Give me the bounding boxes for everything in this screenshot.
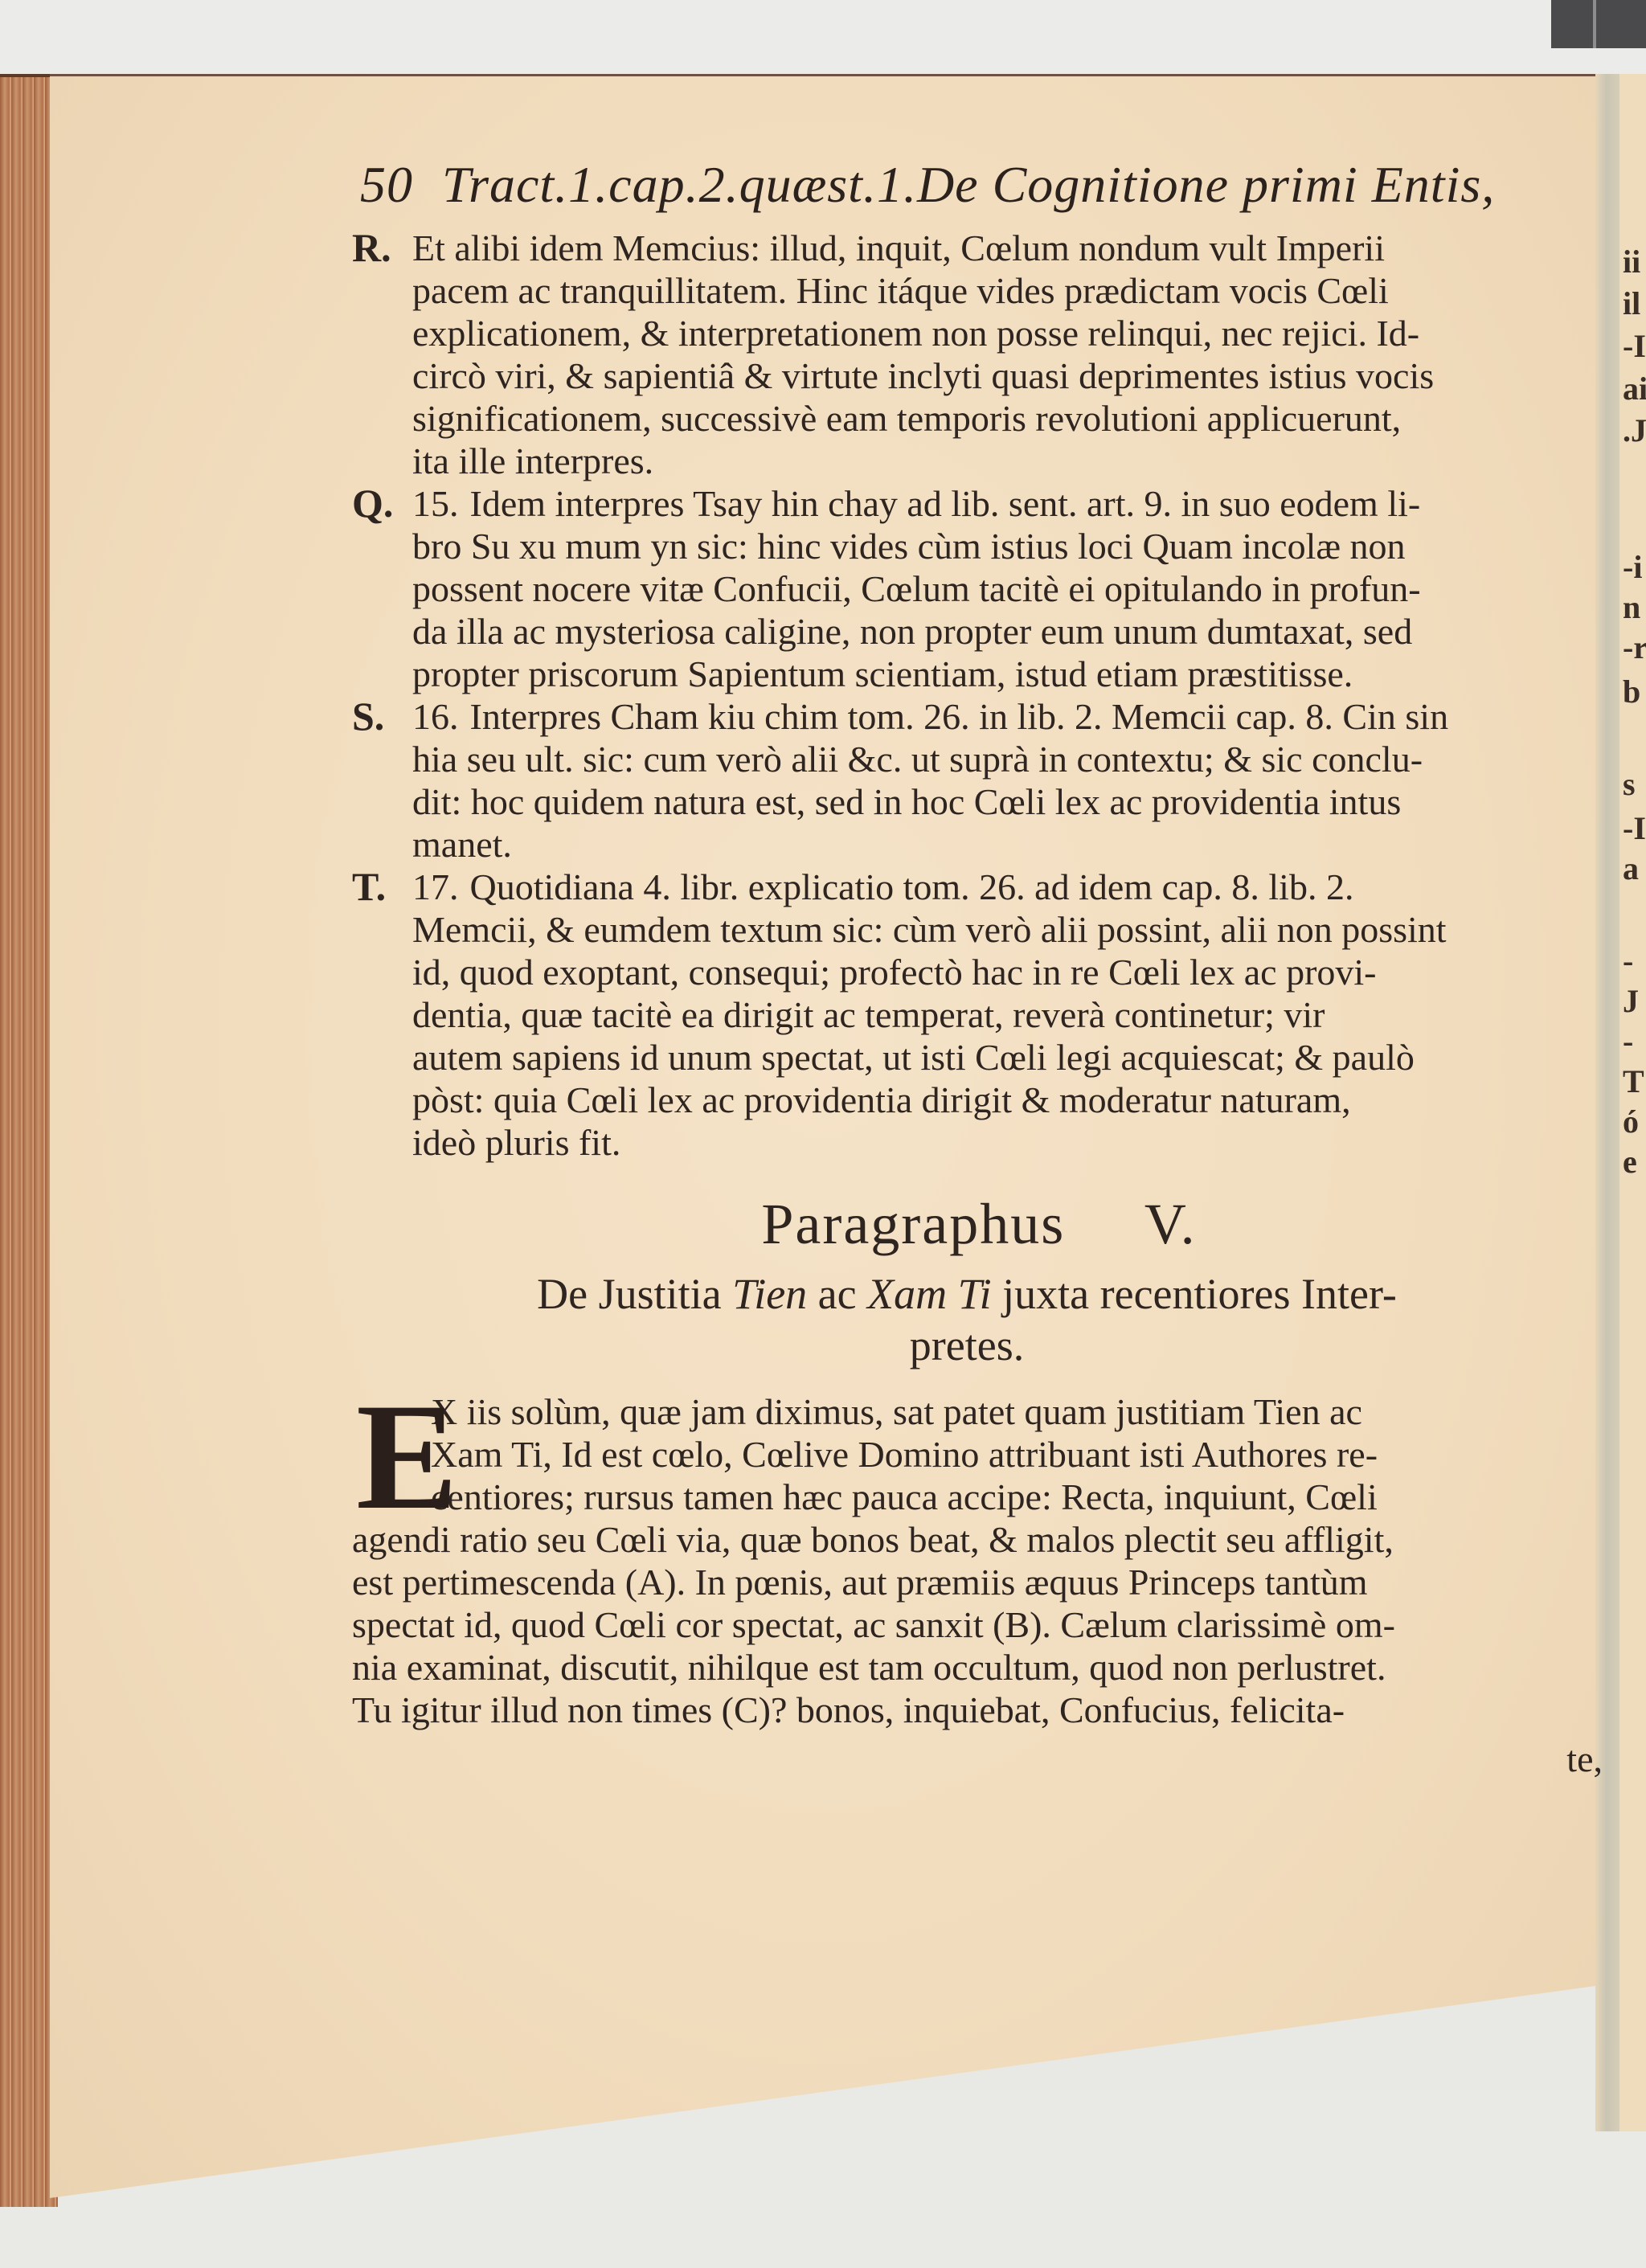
facing-fragment: -I bbox=[1623, 327, 1646, 365]
running-head: 50Tract.1.cap.2.quæst.1.De Cognitione pr… bbox=[360, 153, 1606, 217]
note-marker: T. bbox=[352, 866, 386, 908]
note-line: manet. bbox=[412, 823, 1602, 866]
note-line: pacem ac tranquillitatem. Hinc itáque vi… bbox=[412, 269, 1602, 312]
note-line: ideò pluris fit. bbox=[412, 1121, 1602, 1164]
section-heading: Paragraphus V. bbox=[352, 1188, 1606, 1260]
note-line: 15.Idem interpres Tsay hin chay ad lib. … bbox=[412, 482, 1602, 525]
note-line: ita ille interpres. bbox=[412, 440, 1602, 482]
subheading-line: pretes. bbox=[352, 1320, 1582, 1371]
facing-fragment: -i bbox=[1623, 548, 1642, 586]
note-text: Interpres Cham kiu chim tom. 26. in lib.… bbox=[470, 696, 1449, 737]
subheading-term-xam-ti: Xam Ti bbox=[867, 1270, 992, 1318]
facing-fragment: -I bbox=[1623, 809, 1646, 847]
body-line: X iis solùm, quæ jam diximus, sat patet … bbox=[352, 1390, 1603, 1433]
note-line: propter priscorum Sapientum scientiam, i… bbox=[412, 653, 1602, 695]
body-line: nia examinat, discutit, nihilque est tam… bbox=[352, 1646, 1603, 1689]
note-line: id, quod exoptant, consequi; profectò ha… bbox=[412, 951, 1602, 993]
facing-fragment: ó bbox=[1623, 1103, 1639, 1140]
facing-fragment: e bbox=[1623, 1143, 1637, 1181]
facing-fragment: n bbox=[1623, 588, 1640, 626]
note-line: explicationem, & interpretationem non po… bbox=[412, 312, 1602, 354]
note-line: Et alibi idem Memcius: illud, inquit, Cœ… bbox=[412, 227, 1602, 269]
footnote-q-15: Q. 15.Idem interpres Tsay hin chay ad li… bbox=[352, 482, 1602, 695]
note-marker: R. bbox=[352, 227, 391, 269]
note-line: da illa ac mysteriosa caligine, non prop… bbox=[412, 610, 1602, 653]
note-number: 16. bbox=[412, 696, 459, 737]
scan-clip-bar bbox=[1551, 0, 1646, 48]
subheading-term-tien: Tien bbox=[732, 1270, 807, 1318]
subheading-text: De Justitia bbox=[537, 1270, 732, 1318]
footnote-s-16: S. 16.Interpres Cham kiu chim tom. 26. i… bbox=[352, 695, 1602, 866]
body-line: Xam Ti, Id est cœlo, Cœlive Domino attri… bbox=[352, 1433, 1603, 1476]
note-line: significationem, successivè eam temporis… bbox=[412, 397, 1602, 440]
note-marker: Q. bbox=[352, 482, 393, 525]
body-paragraph: E X iis solùm, quæ jam diximus, sat pate… bbox=[352, 1390, 1603, 1780]
note-text: Idem interpres Tsay hin chay ad lib. sen… bbox=[470, 483, 1421, 524]
scan-background-top bbox=[0, 0, 1646, 74]
note-marker: S. bbox=[352, 695, 384, 738]
facing-fragment: a bbox=[1623, 849, 1639, 887]
note-line: dentia, quæ tacitè ea dirigit ac tempera… bbox=[412, 993, 1602, 1036]
note-line: hia seu ult. sic: cum verò alii &c. ut s… bbox=[412, 738, 1602, 780]
facing-fragment: - bbox=[1623, 1022, 1633, 1060]
facing-fragment: ai bbox=[1623, 370, 1646, 407]
facing-fragment: il bbox=[1623, 285, 1640, 322]
body-line: Tu igitur illud non times (C)? bonos, in… bbox=[352, 1689, 1603, 1731]
body-line: spectat id, quod Cœli cor spectat, ac sa… bbox=[352, 1603, 1603, 1646]
note-line: Memcii, & eumdem textum sic: cùm verò al… bbox=[412, 908, 1602, 951]
facing-fragment: b bbox=[1623, 673, 1640, 710]
page-number: 50 bbox=[360, 156, 413, 213]
facing-fragment: .J bbox=[1623, 411, 1646, 449]
note-line: autem sapiens id unum spectat, ut isti C… bbox=[412, 1036, 1602, 1079]
note-text: Quotidiana 4. libr. explicatio tom. 26. … bbox=[470, 866, 1354, 907]
section-subheading: De Justitia Tien ac Xam Ti juxta recenti… bbox=[352, 1268, 1582, 1371]
footnote-r: R. Et alibi idem Memcius: illud, inquit,… bbox=[352, 227, 1602, 482]
body-line: agendi ratio seu Cœli via, quæ bonos bea… bbox=[352, 1518, 1603, 1561]
facing-page-fragment: ii il -I ai .J -i n -r b s -I a - J - T … bbox=[1619, 74, 1646, 2131]
facing-fragment: s bbox=[1623, 765, 1636, 803]
note-line: pòst: quia Cœli lex ac providentia dirig… bbox=[412, 1079, 1602, 1121]
note-line: possent nocere vitæ Confucii, Cœlum taci… bbox=[412, 567, 1602, 610]
facing-fragment: J bbox=[1623, 982, 1639, 1020]
page-text: 50Tract.1.cap.2.quæst.1.De Cognitione pr… bbox=[352, 153, 1606, 1780]
subheading-text: juxta recentiores Inter- bbox=[992, 1270, 1397, 1318]
running-head-title: Tract.1.cap.2.quæst.1.De Cognitione prim… bbox=[442, 156, 1495, 213]
note-line: 17.Quotidiana 4. libr. explicatio tom. 2… bbox=[412, 866, 1602, 908]
body-line: centiores; rursus tamen hæc pauca accipe… bbox=[352, 1476, 1603, 1518]
subheading-line: De Justitia Tien ac Xam Ti juxta recenti… bbox=[352, 1268, 1582, 1320]
body-line: est pertimescenda (A). In pœnis, aut præ… bbox=[352, 1561, 1603, 1603]
facing-fragment: T bbox=[1623, 1062, 1644, 1100]
note-number: 15. bbox=[412, 483, 459, 524]
note-line: bro Su xu mum yn sic: hinc vides cùm ist… bbox=[412, 525, 1602, 567]
facing-fragment: ii bbox=[1623, 243, 1640, 280]
note-line: circò viri, & sapientiâ & virtute inclyt… bbox=[412, 354, 1602, 397]
note-number: 17. bbox=[412, 866, 459, 907]
note-line: dit: hoc quidem natura est, sed in hoc C… bbox=[412, 780, 1602, 823]
footnote-t-17: T. 17.Quotidiana 4. libr. explicatio tom… bbox=[352, 866, 1602, 1164]
drop-cap: E bbox=[356, 1397, 458, 1517]
catchword: te, bbox=[352, 1738, 1603, 1780]
facing-fragment: -r bbox=[1623, 628, 1646, 666]
facing-fragment: - bbox=[1623, 942, 1633, 980]
subheading-text: ac bbox=[807, 1270, 867, 1318]
note-line: 16.Interpres Cham kiu chim tom. 26. in l… bbox=[412, 695, 1602, 738]
book-page-edges bbox=[0, 74, 58, 2207]
